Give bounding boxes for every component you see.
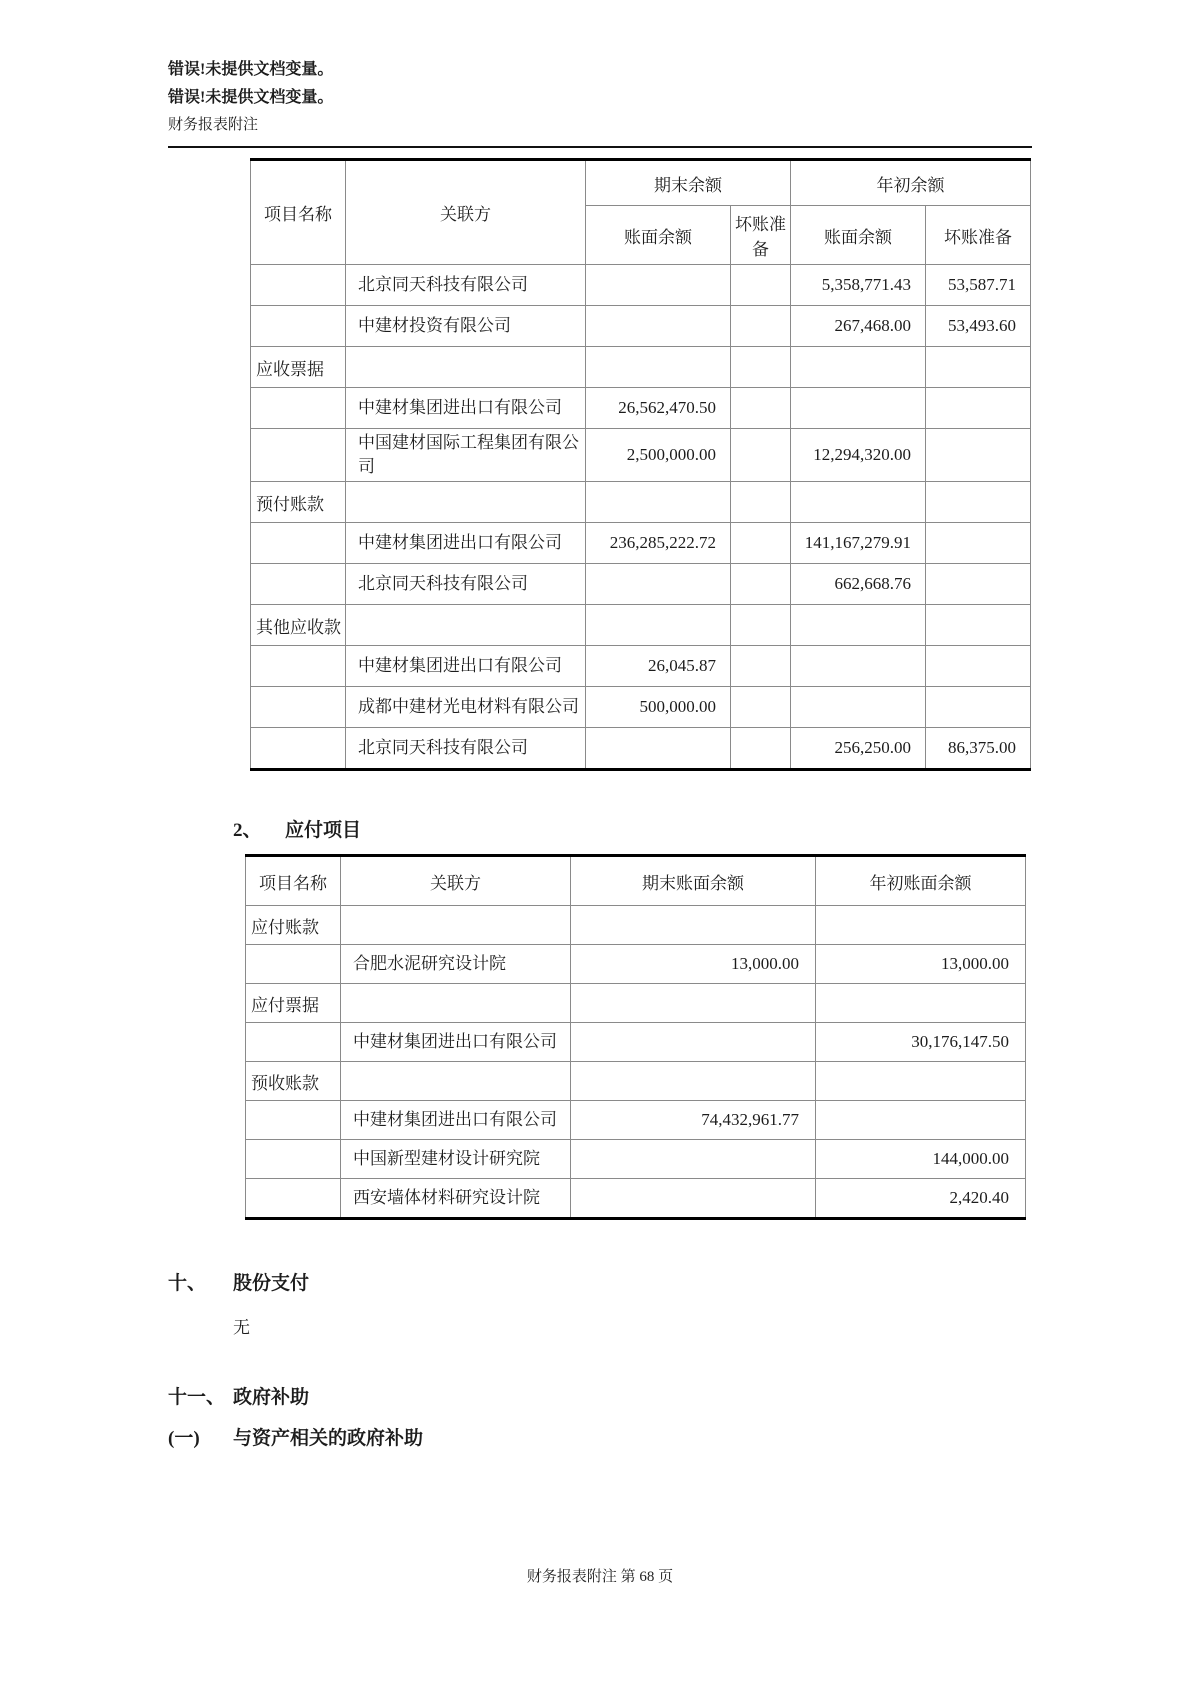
cell-beg_book xyxy=(791,646,926,687)
cell-end_book xyxy=(586,728,731,770)
cell-end xyxy=(571,906,816,945)
header-error-line-1: 错误!未提供文档变量。 xyxy=(168,56,1032,84)
payables-related-party-table: 项目名称 关联方 期末账面余额 年初账面余额 应付账款合肥水泥研究设计院13,0… xyxy=(245,854,1026,1220)
cell-beg: 144,000.00 xyxy=(816,1140,1026,1179)
cell-beg xyxy=(816,1101,1026,1140)
cell-end_book: 500,000.00 xyxy=(586,687,731,728)
cell-item xyxy=(246,945,341,984)
cell-item: 其他应收款 xyxy=(251,605,346,646)
col-header-ending-book-balance: 期末账面余额 xyxy=(571,856,816,906)
col-group-beginning-balance: 年初余额 xyxy=(791,160,1031,206)
table-row: 中建材集团进出口有限公司74,432,961.77 xyxy=(246,1101,1026,1140)
section-body-none: 无 xyxy=(233,1316,1032,1340)
cell-beg xyxy=(816,1062,1026,1101)
cell-party: 中建材集团进出口有限公司 xyxy=(341,1101,571,1140)
cell-beg_bad xyxy=(926,564,1031,605)
col-group-ending-balance: 期末余额 xyxy=(586,160,791,206)
cell-item: 应收票据 xyxy=(251,347,346,388)
cell-beg_bad xyxy=(926,687,1031,728)
cell-end_book: 236,285,222.72 xyxy=(586,523,731,564)
cell-party xyxy=(346,605,586,646)
cell-end_book xyxy=(586,564,731,605)
receivables-related-party-table: 项目名称 关联方 期末余额 年初余额 账面余额 坏账准备 账面余额 坏账准备 北… xyxy=(250,158,1031,771)
cell-item: 应付票据 xyxy=(246,984,341,1023)
header-subtitle: 财务报表附注 xyxy=(168,112,1032,138)
cell-beg_book: 662,668.76 xyxy=(791,564,926,605)
col-header-beginning-book-balance: 年初账面余额 xyxy=(816,856,1026,906)
cell-end_book xyxy=(586,347,731,388)
cell-end_book xyxy=(586,265,731,306)
cell-item xyxy=(251,687,346,728)
cell-party: 中建材集团进出口有限公司 xyxy=(341,1023,571,1062)
col-header-bad-debt-beg: 坏账准备 xyxy=(926,206,1031,265)
table-row: 中建材集团进出口有限公司26,045.87 xyxy=(251,646,1031,687)
cell-beg_book xyxy=(791,482,926,523)
cell-beg_book xyxy=(791,388,926,429)
cell-beg_book: 12,294,320.00 xyxy=(791,429,926,482)
cell-item xyxy=(246,1179,341,1219)
cell-beg_bad xyxy=(926,523,1031,564)
section-title: 与资产相关的政府补助 xyxy=(233,1425,423,1453)
col-header-book-balance-beg: 账面余额 xyxy=(791,206,926,265)
cell-beg_bad xyxy=(926,646,1031,687)
section-title: 应付项目 xyxy=(285,817,361,845)
cell-end_bad xyxy=(731,646,791,687)
table-row: 预收账款 xyxy=(246,1062,1026,1101)
table-row: 北京同天科技有限公司662,668.76 xyxy=(251,564,1031,605)
cell-beg_book xyxy=(791,687,926,728)
cell-beg xyxy=(816,906,1026,945)
cell-party: 中国新型建材设计研究院 xyxy=(341,1140,571,1179)
cell-beg_book: 256,250.00 xyxy=(791,728,926,770)
cell-end_bad xyxy=(731,605,791,646)
cell-item: 应付账款 xyxy=(246,906,341,945)
table-row: 北京同天科技有限公司5,358,771.4353,587.71 xyxy=(251,265,1031,306)
cell-end xyxy=(571,1062,816,1101)
table-header-row: 项目名称 关联方 期末账面余额 年初账面余额 xyxy=(246,856,1026,906)
cell-end_book xyxy=(586,482,731,523)
cell-item xyxy=(251,728,346,770)
cell-end_book: 2,500,000.00 xyxy=(586,429,731,482)
table-row: 应付票据 xyxy=(246,984,1026,1023)
cell-end_bad xyxy=(731,564,791,605)
header-error-line-2: 错误!未提供文档变量。 xyxy=(168,84,1032,112)
col-header-bad-debt-end: 坏账准备 xyxy=(731,206,791,265)
cell-end_bad xyxy=(731,728,791,770)
cell-party: 合肥水泥研究设计院 xyxy=(341,945,571,984)
cell-beg_bad xyxy=(926,605,1031,646)
cell-party: 成都中建材光电材料有限公司 xyxy=(346,687,586,728)
cell-end_bad xyxy=(731,482,791,523)
cell-party: 西安墙体材料研究设计院 xyxy=(341,1179,571,1219)
section-title: 政府补助 xyxy=(233,1384,309,1412)
cell-item xyxy=(251,429,346,482)
cell-beg_book: 141,167,279.91 xyxy=(791,523,926,564)
cell-party xyxy=(341,906,571,945)
cell-party xyxy=(341,1062,571,1101)
section-number: 十一、 xyxy=(168,1384,233,1412)
cell-party: 中建材集团进出口有限公司 xyxy=(346,523,586,564)
cell-end_bad xyxy=(731,306,791,347)
cell-item xyxy=(246,1023,341,1062)
col-header-item: 项目名称 xyxy=(246,856,341,906)
cell-item xyxy=(251,306,346,347)
cell-beg_book: 5,358,771.43 xyxy=(791,265,926,306)
section-number: 十、 xyxy=(168,1270,233,1298)
cell-party: 中建材投资有限公司 xyxy=(346,306,586,347)
cell-end_bad xyxy=(731,429,791,482)
table-row: 预付账款 xyxy=(251,482,1031,523)
table-row: 其他应收款 xyxy=(251,605,1031,646)
section-heading-government-subsidy: 十一、 政府补助 xyxy=(168,1384,1032,1412)
col-header-party: 关联方 xyxy=(341,856,571,906)
cell-party: 北京同天科技有限公司 xyxy=(346,265,586,306)
section-number: (一) xyxy=(168,1425,233,1453)
cell-end_book xyxy=(586,605,731,646)
cell-beg_bad xyxy=(926,429,1031,482)
table-row: 中国建材国际工程集团有限公司2,500,000.0012,294,320.00 xyxy=(251,429,1031,482)
cell-end xyxy=(571,1140,816,1179)
cell-item: 预收账款 xyxy=(246,1062,341,1101)
table-row: 中建材集团进出口有限公司236,285,222.72141,167,279.91 xyxy=(251,523,1031,564)
cell-end_bad xyxy=(731,523,791,564)
table-row: 西安墙体材料研究设计院2,420.40 xyxy=(246,1179,1026,1219)
cell-item xyxy=(251,646,346,687)
cell-party: 中建材集团进出口有限公司 xyxy=(346,646,586,687)
cell-end_book xyxy=(586,306,731,347)
cell-end_book: 26,562,470.50 xyxy=(586,388,731,429)
cell-item xyxy=(251,523,346,564)
cell-end: 13,000.00 xyxy=(571,945,816,984)
table-row: 中建材集团进出口有限公司30,176,147.50 xyxy=(246,1023,1026,1062)
cell-item xyxy=(251,265,346,306)
cell-beg_bad: 53,587.71 xyxy=(926,265,1031,306)
cell-end xyxy=(571,984,816,1023)
col-header-item: 项目名称 xyxy=(251,160,346,265)
cell-party: 中国建材国际工程集团有限公司 xyxy=(346,429,586,482)
table-header-row: 项目名称 关联方 期末余额 年初余额 xyxy=(251,160,1031,206)
cell-beg_bad xyxy=(926,482,1031,523)
section-heading-asset-related-subsidy: (一) 与资产相关的政府补助 xyxy=(168,1425,1032,1453)
cell-beg_bad xyxy=(926,347,1031,388)
table-row: 成都中建材光电材料有限公司500,000.00 xyxy=(251,687,1031,728)
cell-end_bad xyxy=(731,265,791,306)
cell-item xyxy=(251,564,346,605)
cell-item xyxy=(246,1140,341,1179)
table-row: 合肥水泥研究设计院13,000.0013,000.00 xyxy=(246,945,1026,984)
cell-beg: 13,000.00 xyxy=(816,945,1026,984)
cell-party xyxy=(346,482,586,523)
cell-beg_bad xyxy=(926,388,1031,429)
table-row: 北京同天科技有限公司256,250.0086,375.00 xyxy=(251,728,1031,770)
cell-end_bad xyxy=(731,347,791,388)
cell-end xyxy=(571,1179,816,1219)
page-header: 错误!未提供文档变量。 错误!未提供文档变量。 财务报表附注 xyxy=(168,56,1032,148)
col-header-book-balance-end: 账面余额 xyxy=(586,206,731,265)
cell-party xyxy=(341,984,571,1023)
cell-party: 北京同天科技有限公司 xyxy=(346,728,586,770)
cell-beg xyxy=(816,984,1026,1023)
cell-beg_book xyxy=(791,347,926,388)
table-row: 中国新型建材设计研究院144,000.00 xyxy=(246,1140,1026,1179)
cell-end_bad xyxy=(731,687,791,728)
cell-item xyxy=(246,1101,341,1140)
section-heading-share-payment: 十、 股份支付 xyxy=(168,1270,1032,1298)
section-title: 股份支付 xyxy=(233,1270,309,1298)
cell-beg_bad: 53,493.60 xyxy=(926,306,1031,347)
col-header-party: 关联方 xyxy=(346,160,586,265)
cell-beg: 30,176,147.50 xyxy=(816,1023,1026,1062)
section-heading-payables: 2、 应付项目 xyxy=(233,817,1032,845)
cell-party: 北京同天科技有限公司 xyxy=(346,564,586,605)
cell-end_bad xyxy=(731,388,791,429)
table-row: 应收票据 xyxy=(251,347,1031,388)
table-row: 应付账款 xyxy=(246,906,1026,945)
table-row: 中建材集团进出口有限公司26,562,470.50 xyxy=(251,388,1031,429)
cell-beg: 2,420.40 xyxy=(816,1179,1026,1219)
cell-beg_book: 267,468.00 xyxy=(791,306,926,347)
document-page: 错误!未提供文档变量。 错误!未提供文档变量。 财务报表附注 项目名称 关联方 … xyxy=(0,0,1200,1696)
cell-party: 中建材集团进出口有限公司 xyxy=(346,388,586,429)
cell-item: 预付账款 xyxy=(251,482,346,523)
cell-beg_bad: 86,375.00 xyxy=(926,728,1031,770)
page-footer: 财务报表附注 第 68 页 xyxy=(0,1565,1200,1586)
cell-beg_book xyxy=(791,605,926,646)
cell-item xyxy=(251,388,346,429)
cell-end xyxy=(571,1023,816,1062)
table-row: 中建材投资有限公司267,468.0053,493.60 xyxy=(251,306,1031,347)
cell-end_book: 26,045.87 xyxy=(586,646,731,687)
section-number: 2、 xyxy=(233,817,285,845)
cell-end: 74,432,961.77 xyxy=(571,1101,816,1140)
cell-party xyxy=(346,347,586,388)
